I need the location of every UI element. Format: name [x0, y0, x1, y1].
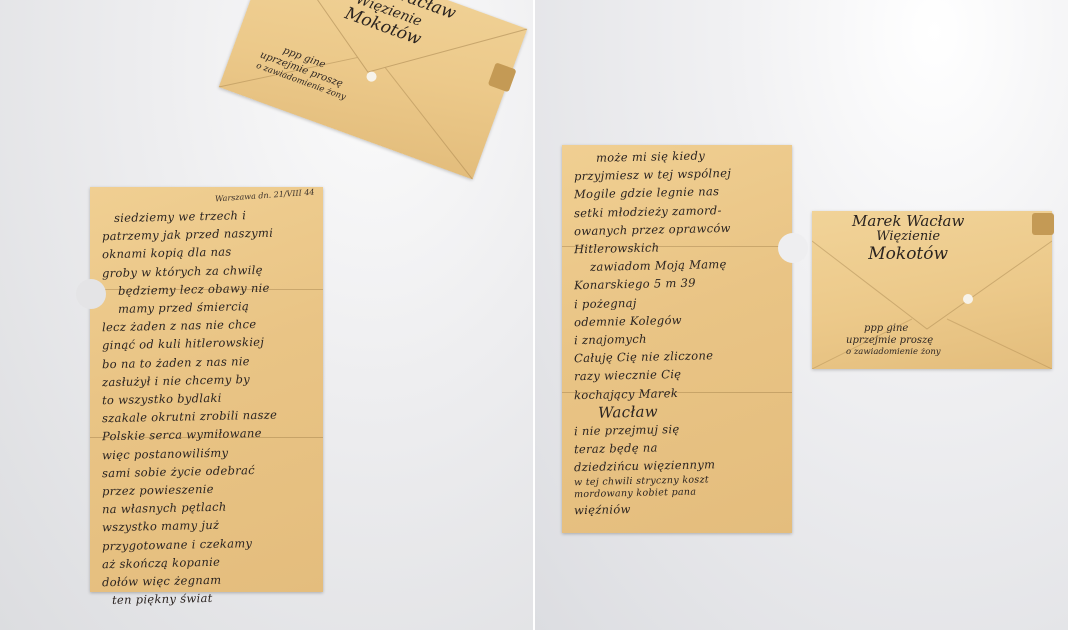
envelope-note: ppp gine uprzejmie proszę o zawiadomieni…	[846, 323, 941, 357]
right-photo-panel: może mi się kiedy przyjmiesz w tej wspól…	[535, 0, 1068, 630]
envelope-address: Marek Wacław Więzienie Mokotów	[852, 213, 964, 265]
letter-page-right: może mi się kiedy przyjmiesz w tej wspól…	[562, 145, 792, 533]
envelope-rotated: Marek Wacław Więzienie Mokotów ppp gine …	[219, 0, 527, 179]
left-photo-panel: Marek Wacław Więzienie Mokotów ppp gine …	[0, 0, 533, 630]
letter-page-left: Warszawa dn. 21/VIII 44 siedziemy we trz…	[90, 187, 323, 592]
letter-text: siedziemy we trzech i patrzemy jak przed…	[102, 207, 315, 607]
photo-collage: Marek Wacław Więzienie Mokotów ppp gine …	[0, 0, 1068, 630]
letter-text: może mi się kiedy przyjmiesz w tej wspól…	[574, 147, 784, 517]
envelope-flat: Marek Wacław Więzienie Mokotów ppp gine …	[812, 211, 1052, 369]
letter-date: Warszawa dn. 21/VIII 44	[215, 188, 315, 204]
envelope-torn-corner	[1032, 213, 1054, 235]
